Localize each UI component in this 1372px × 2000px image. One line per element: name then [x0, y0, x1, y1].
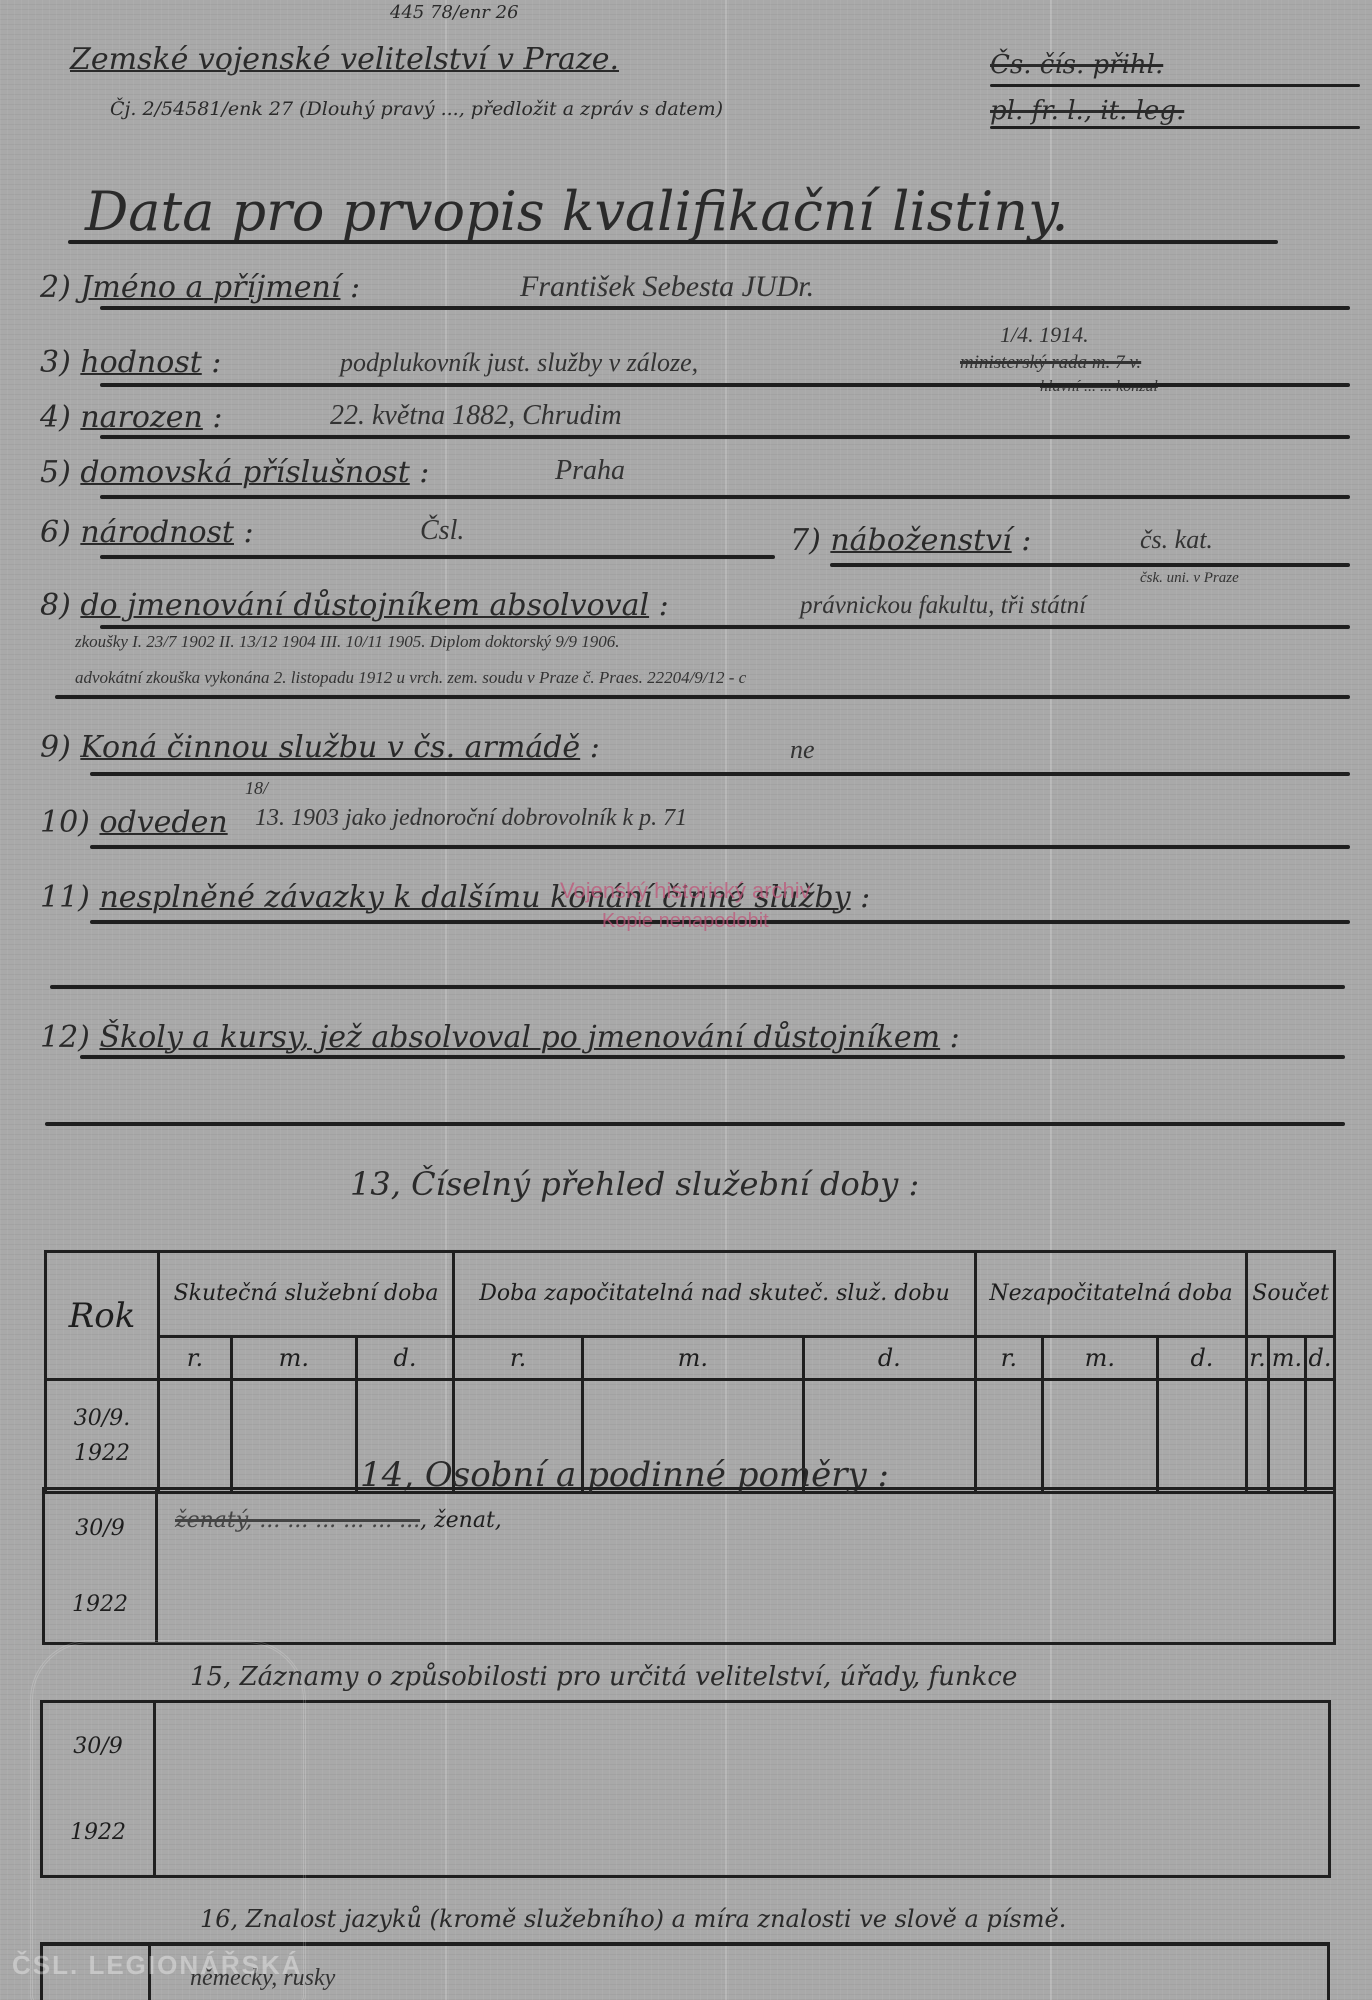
divider — [100, 306, 1350, 310]
conscription-day: 18/ — [245, 778, 268, 799]
faculty-university: čsk. uni. v Praze — [1140, 570, 1239, 587]
divider — [100, 555, 775, 559]
divider — [990, 84, 1360, 87]
sub-years: r. — [454, 1337, 583, 1380]
divider — [830, 563, 1350, 567]
watermark-text: ČSL. LEGIONÁŘSKÁ — [12, 1950, 303, 1981]
sub-days: d. — [356, 1337, 453, 1380]
office-heading: Zemské vojenské velitelství v Praze. — [70, 42, 619, 77]
field-label-education: 8) do jmenování důstojníkem absolvoval : — [40, 588, 669, 623]
cell — [1157, 1380, 1246, 1493]
sub-years: r. — [159, 1337, 232, 1380]
education-bar-exam: advokátní zkouška vykonána 2. listopadu … — [75, 668, 746, 688]
top-right-note-1: Čs. čís. přihl. — [990, 50, 1163, 80]
cell — [1042, 1380, 1157, 1493]
divider — [80, 1055, 1345, 1059]
entry-date: 30/91922 — [45, 1490, 158, 1642]
box-edge — [1327, 1942, 1330, 2000]
field-value-education: právnickou fakultu, tři státní — [800, 592, 1086, 620]
field-label-born: 4) narozen : — [40, 400, 223, 435]
field-value-name: František Sebesta JUDr. — [520, 270, 814, 304]
field-value-conscripted: 13. 1903 jako jednoroční dobrovolník k p… — [255, 805, 687, 832]
section-13-title: 13, Číselný přehled služební doby : — [350, 1165, 919, 1203]
divider — [90, 772, 1350, 776]
form-title: Data pro prvopis kvalifikační listiny. — [85, 180, 1069, 243]
field-value-rank-struck: ministerský rada m. 7 v. — [960, 352, 1141, 374]
divider — [100, 383, 1350, 387]
field-label-courses: 12) Školy a kursy, jež absolvoval po jme… — [40, 1020, 960, 1055]
divider — [100, 495, 1350, 499]
section-15-title: 15, Záznamy o způsobilosti pro určitá ve… — [190, 1662, 1017, 1692]
field-label-nationality: 6) národnost : — [40, 515, 254, 550]
col-header-countable-extra: Doba započitatelná nad skuteč. služ. dob… — [454, 1252, 976, 1337]
divider — [90, 845, 1350, 849]
top-right-note-2: pl. fr. l., it. leg. — [990, 96, 1184, 126]
field-value-born: 22. května 1882, Chrudim — [330, 400, 622, 432]
sub-months: m. — [582, 1337, 803, 1380]
col-header-year: Rok — [46, 1252, 159, 1380]
divider — [45, 1122, 1345, 1126]
sub-months: m. — [1042, 1337, 1157, 1380]
sub-days: d. — [1305, 1337, 1334, 1380]
row-year: 30/9.1922 — [46, 1380, 159, 1493]
divider — [68, 240, 1278, 244]
divider — [990, 126, 1360, 129]
col-header-total: Součet — [1247, 1252, 1335, 1337]
cell — [159, 1380, 232, 1493]
field-value-rank: podplukovník just. služby v záloze, — [340, 348, 698, 378]
field-value-nationality: Čsl. — [420, 515, 464, 547]
education-exams: zkoušky I. 23/7 1902 II. 13/12 1904 III.… — [75, 632, 620, 652]
divider — [100, 435, 1350, 439]
field-label-religion: 7) náboženství : — [790, 523, 1031, 558]
field-label-conscripted: 10) odveden — [40, 805, 228, 840]
sub-months: m. — [1268, 1337, 1305, 1380]
cell — [1268, 1380, 1305, 1493]
col-header-actual-service: Skutečná služební doba — [159, 1252, 454, 1337]
field-label-rank: 3) hodnost : — [40, 345, 221, 380]
rank-date: 1/4. 1914. — [1000, 322, 1089, 348]
cell — [1305, 1380, 1334, 1493]
personal-status-box: 30/91922 ženatý, ... ... ... ... ... ...… — [42, 1487, 1336, 1645]
field-label-name: 2) Jméno a příjmení : — [40, 270, 360, 305]
reference-number: Čj. 2/54581/enk 27 (Dlouhý pravý ..., př… — [110, 98, 723, 120]
cell — [1247, 1380, 1269, 1493]
divider — [100, 625, 1350, 629]
sub-days: d. — [1157, 1337, 1246, 1380]
col-header-non-countable: Nezapočitatelná doba — [975, 1252, 1246, 1337]
section-16-title: 16, Znalost jazyků (kromě služebního) a … — [200, 1905, 1066, 1933]
field-value-active-service: ne — [790, 735, 815, 765]
field-value-religion: čs. kat. — [1140, 525, 1213, 555]
sub-years: r. — [1247, 1337, 1269, 1380]
sub-months: m. — [231, 1337, 356, 1380]
field-label-active-service: 9) Koná činnou službu v čs. armádě : — [40, 730, 600, 765]
sub-years: r. — [975, 1337, 1042, 1380]
archive-reference: 445 78/enr 26 — [390, 2, 519, 23]
sub-days: d. — [803, 1337, 975, 1380]
divider — [55, 695, 1350, 699]
personal-status-value: ženatý, ... ... ... ... ... ..., ženat, — [175, 1508, 502, 1533]
field-value-rank-struck-2: hlavní ... ... konzul — [1040, 378, 1158, 396]
cell — [231, 1380, 356, 1493]
divider — [50, 985, 1345, 989]
field-label-domicile: 5) domovská příslušnost : — [40, 455, 429, 490]
cell — [975, 1380, 1042, 1493]
field-value-domicile: Praha — [555, 455, 625, 487]
emblem-watermark — [30, 1640, 306, 2000]
archive-stamp: Vojenský historický archiv Kopie nenapod… — [560, 878, 811, 933]
